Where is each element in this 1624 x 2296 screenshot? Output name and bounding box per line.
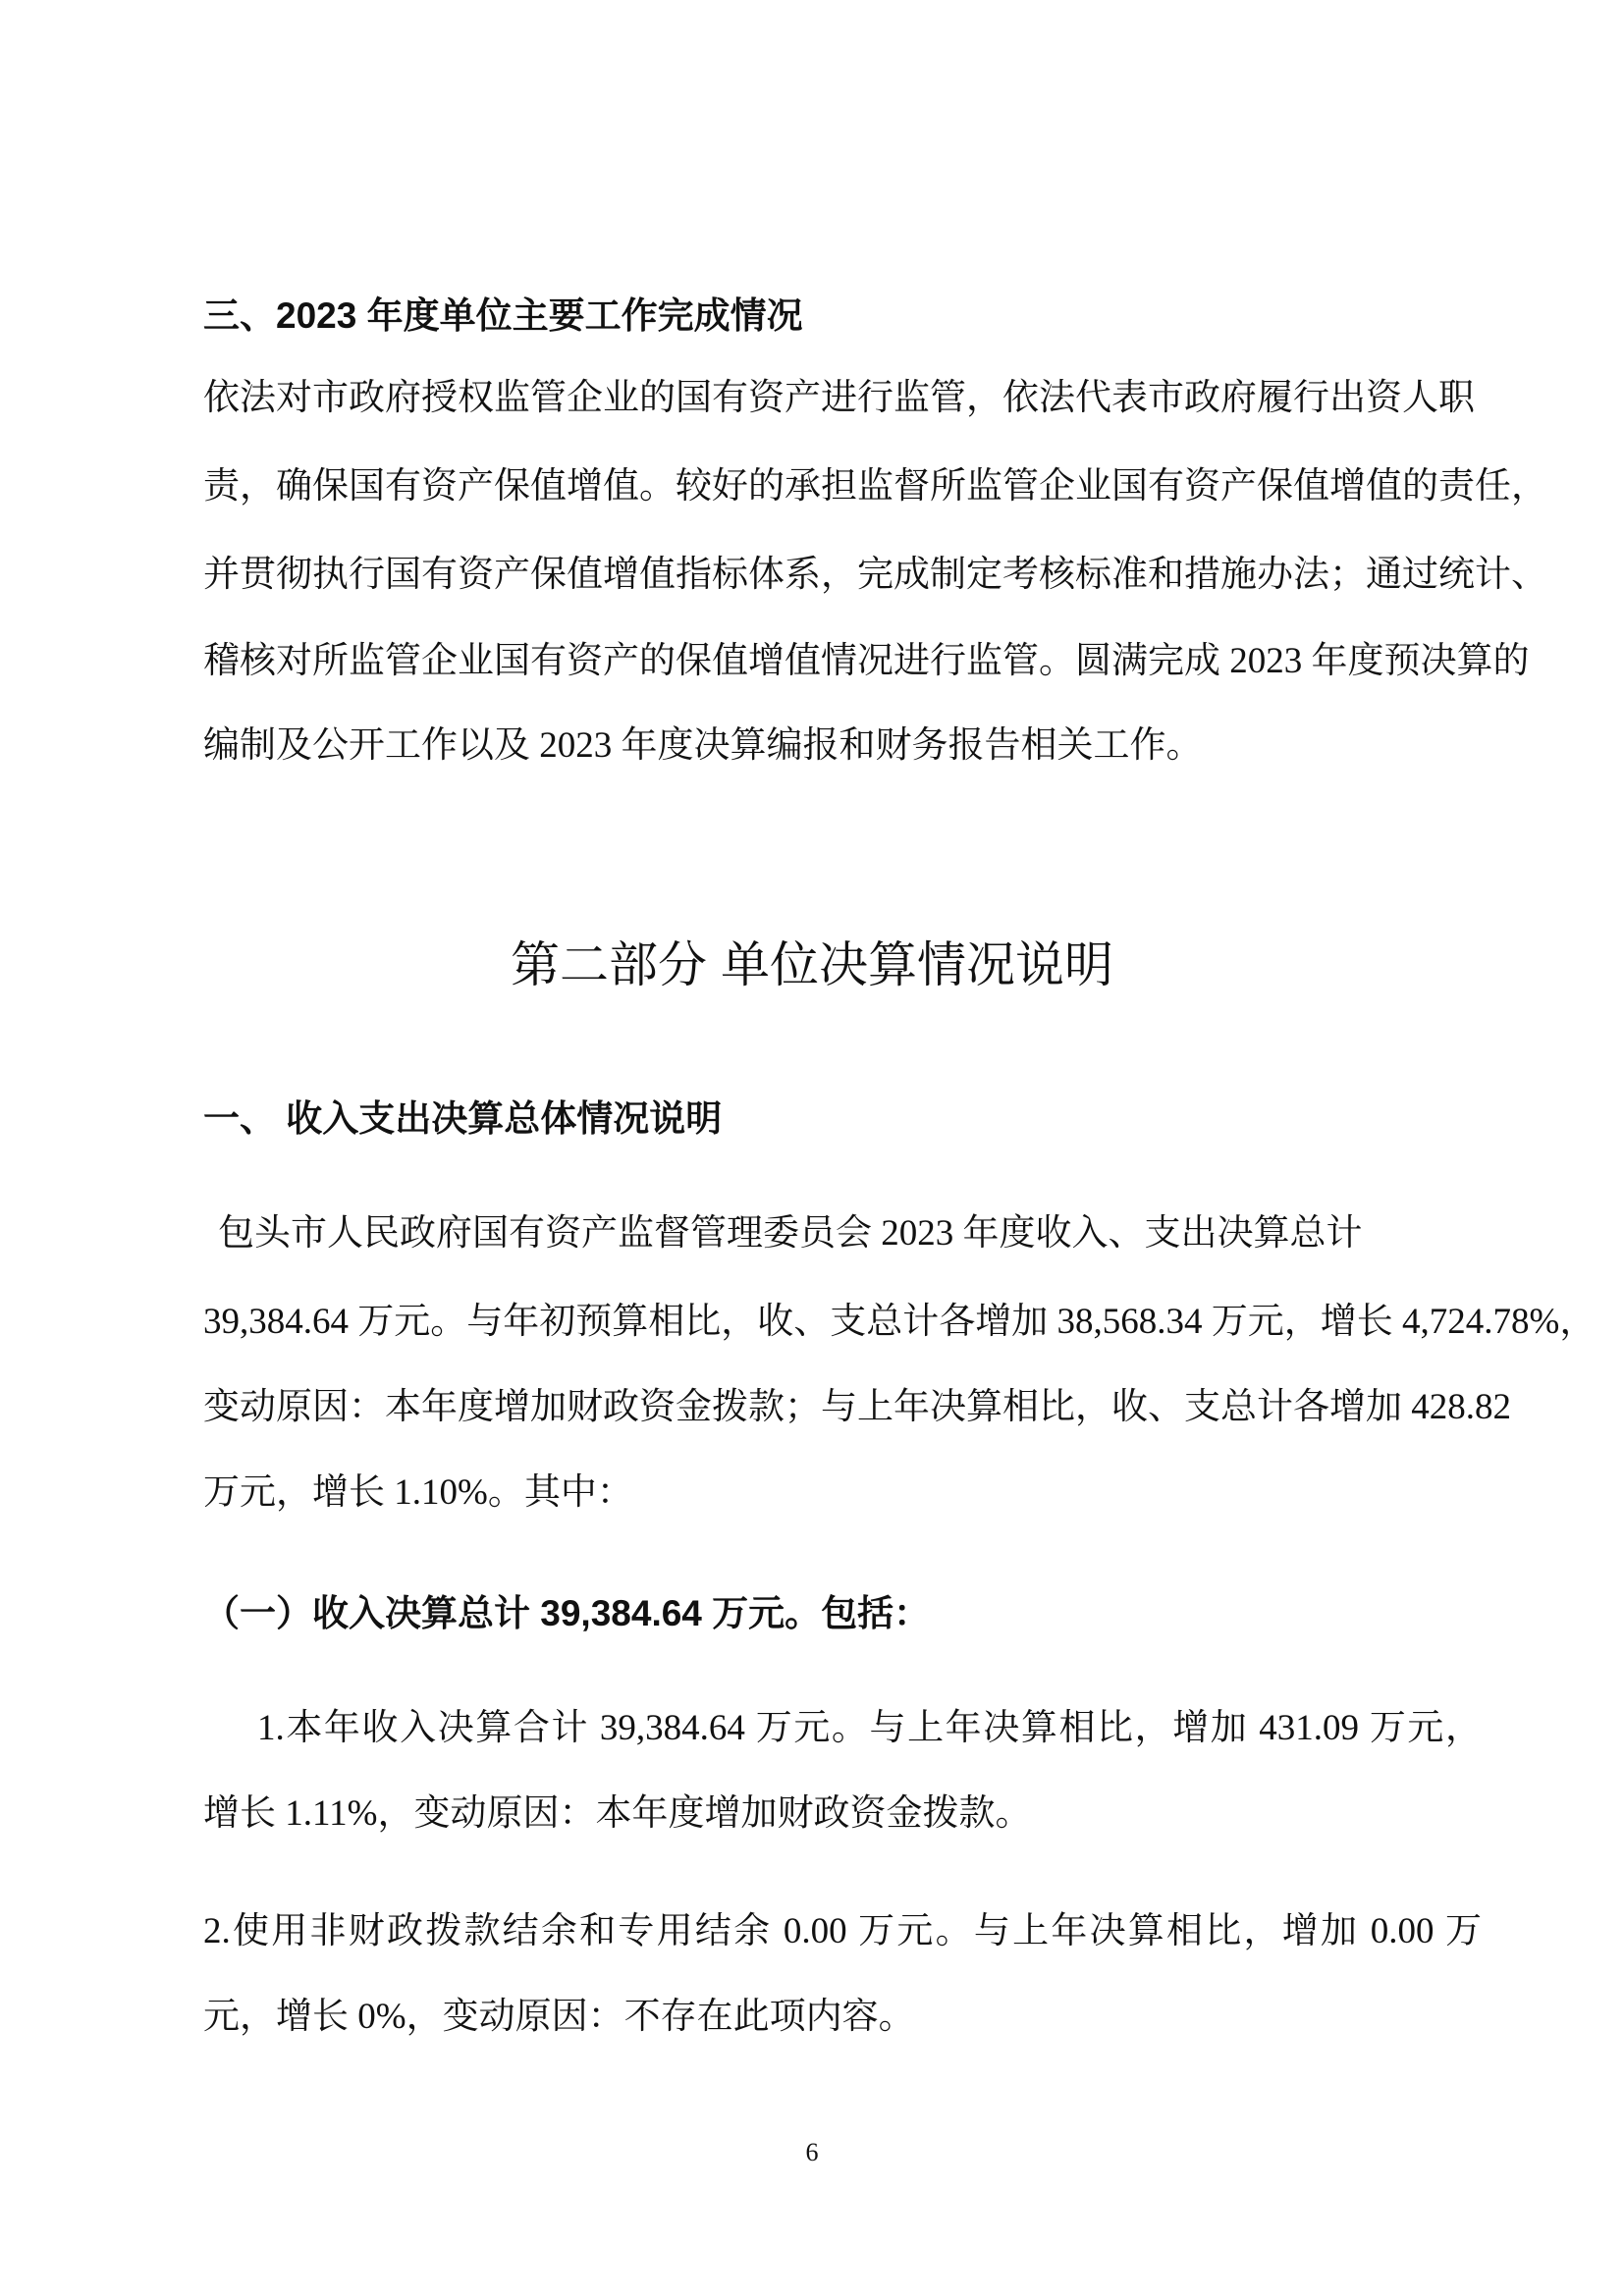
- paragraph-line: 责，确保国有资产保值增值。较好的承担监督所监管企业国有资产保值增值的责任，: [203, 465, 1482, 508]
- section3-heading: 三、2023 年度单位主要工作完成情况: [203, 294, 803, 338]
- paragraph-line: 39,384.64 万元。与年初预算相比，收、支总计各增加 38,568.34 …: [203, 1301, 1482, 1344]
- paragraph-line: 增长 1.11%，变动原因：本年度增加财政资金拨款。: [203, 1792, 1031, 1836]
- paragraph-line: 2.使用非财政拨款结余和专用结余 0.00 万元。与上年决算相比，增加 0.00…: [203, 1910, 1482, 1953]
- paragraph-line: 并贯彻执行国有资产保值增值指标体系，完成制定考核标准和措施办法；通过统计、: [203, 554, 1482, 597]
- paragraph-line: 1.本年收入决算合计 39,384.64 万元。与上年决算相比，增加 431.0…: [257, 1707, 1482, 1750]
- part-title: 第二部分 单位决算情况说明: [0, 935, 1624, 994]
- paragraph-line: 稽核对所监管企业国有资产的保值增值情况进行监管。圆满完成 2023 年度预决算的: [203, 640, 1482, 683]
- paragraph-line: 依法对市政府授权监管企业的国有资产进行监管，依法代表市政府履行出资人职: [203, 377, 1475, 420]
- paragraph-line: 变动原因：本年度增加财政资金拨款；与上年决算相比，收、支总计各增加 428.82: [203, 1386, 1482, 1429]
- subsection-heading: 一、 收入支出决算总体情况说明: [203, 1097, 722, 1141]
- paragraph-line: 编制及公开工作以及 2023 年度决算编报和财务报告相关工作。: [203, 724, 1203, 768]
- paragraph-line: 元，增长 0%，变动原因：不存在此项内容。: [203, 1996, 915, 2039]
- page-number: 6: [0, 2138, 1624, 2167]
- paragraph-line: 包头市人民政府国有资产监督管理委员会 2023 年度收入、支出决算总计: [218, 1212, 1363, 1255]
- paragraph-line: 万元，增长 1.10%。其中：: [203, 1471, 633, 1515]
- income-heading: （一）收入决算总计 39,384.64 万元。包括：: [203, 1592, 930, 1635]
